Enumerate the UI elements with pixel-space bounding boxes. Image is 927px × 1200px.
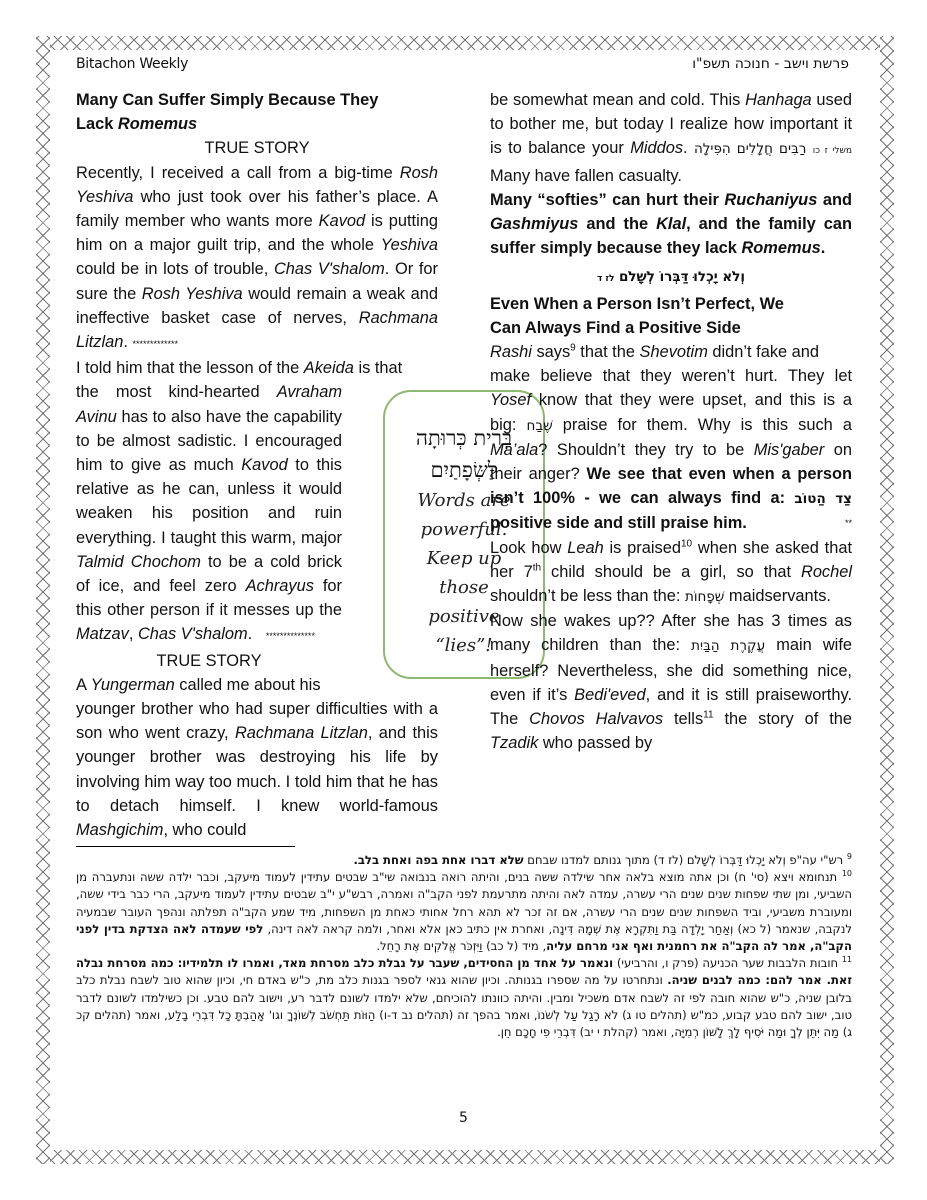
footnote-11: 11 חובות הלבבות שער הכניעה (פרק ו, והרבי… — [76, 955, 852, 1041]
italic-term: Middos — [630, 139, 683, 157]
paragraph-wrapped: make believe that they weren’t hurt. The… — [490, 364, 852, 535]
footnote-ref: 10 — [681, 538, 692, 549]
italic-term: Talmid Chochom — [76, 553, 201, 571]
text: says — [532, 343, 570, 361]
text: and the — [578, 215, 656, 233]
text: be somewhat mean and cold. This — [490, 91, 745, 109]
hebrew-verse: וְלֹא יָכְלוּ דַּבְּרוֹ לְשָׁלֹם — [619, 269, 745, 285]
italic-term: Chas V'shalom — [138, 625, 248, 643]
decorative-border-top — [36, 36, 894, 50]
paragraph-wrapped: A Yungerman called me about his — [76, 673, 342, 697]
decorative-border-left — [36, 36, 50, 1164]
text: maidservants. — [724, 587, 831, 605]
italic-term: Mashgichim — [76, 821, 163, 839]
verse-heading: וְלֹא יָכְלוּ דַּבְּרוֹ לְשָׁלֹם לז ד — [490, 264, 852, 291]
italic-term: Rachmana Litzlan — [235, 724, 368, 742]
text: that the — [576, 343, 640, 361]
decorative-border-right — [880, 36, 894, 1164]
footnote-10: 10 תנחומא ויצא (סי' ח) וכן אתה מוצא בלאה… — [76, 869, 852, 955]
footnote-ref: th — [533, 562, 541, 573]
footnote-separator — [76, 846, 295, 847]
italic-term: Shevotim — [640, 343, 708, 361]
paragraph: be somewhat mean and cold. This Hanhaga … — [490, 88, 852, 188]
italic-term: Hanhaga — [745, 91, 812, 109]
true-story-label: TRUE STORY — [76, 136, 438, 160]
text: the most kind-hearted — [76, 383, 277, 401]
separator-stars: ************* — [133, 339, 179, 349]
italic-term: Bedi'eved — [574, 686, 645, 704]
italic-term: Kavod — [319, 212, 365, 230]
italic-term: Klal — [656, 215, 686, 233]
parsha-title: פרשת וישב - חנוכה תשפ"ו — [692, 56, 849, 72]
text: is that — [354, 359, 402, 377]
heading-line: Many Can Suffer Simply Because They — [76, 91, 378, 109]
italic-term: Rosh Yeshiva — [142, 285, 243, 303]
text: , who could — [163, 821, 246, 839]
verse-source: משלי ז כו — [813, 146, 852, 156]
article-heading-2: Even When a Person Isn’t Perfect, We Can… — [490, 292, 852, 340]
paragraph: younger brother who had super difficulti… — [76, 697, 438, 842]
separator-stars: ** — [845, 511, 852, 535]
bold-text: positive side and still praise him. — [490, 514, 747, 532]
text: . — [821, 239, 826, 257]
heading-line: Even When a Person Isn’t Perfect, We — [490, 295, 784, 313]
text: ? Shouldn’t they try to be — [538, 441, 753, 459]
text: didn’t fake and — [708, 343, 819, 361]
right-column: be somewhat mean and cold. This Hanhaga … — [490, 88, 852, 755]
hebrew-verse: רַבִּים חֲלָלִים הִפִּילָה — [694, 141, 806, 157]
text: Many “softies” can hurt their — [490, 191, 724, 209]
text: child should be a girl, so that — [541, 563, 801, 581]
paragraph: Now she wakes up?? After she has 3 times… — [490, 609, 852, 755]
italic-term: Akeida — [304, 359, 354, 377]
text: Look how — [490, 539, 567, 557]
quote-line: those — [439, 577, 489, 598]
hebrew-term: עֲקֶרֶת הַבַּיִת — [691, 638, 765, 654]
text: called me about his — [175, 676, 321, 694]
verse-source: לז ד — [597, 274, 614, 284]
italic-term: Achrayus — [246, 577, 314, 595]
italic-term: Yosef — [490, 391, 531, 409]
text: praise for them. Why is this such a — [553, 416, 852, 434]
footnote-number: 10 — [842, 869, 852, 878]
text: tells — [663, 710, 703, 728]
text: Recently, I received a call from a big-t… — [76, 164, 400, 182]
text: . — [123, 333, 132, 351]
text: . — [683, 139, 694, 157]
paragraph-wrapped: Look how Leah is praised10 when she aske… — [490, 536, 852, 610]
text: the story of the — [714, 710, 852, 728]
italic-term: Leah — [567, 539, 603, 557]
footnote-number: 11 — [842, 955, 852, 964]
heading-italic: Romemus — [118, 115, 197, 133]
italic-term: Yeshiva — [381, 236, 438, 254]
page-number: 5 — [0, 1110, 927, 1126]
text: Many have fallen casualty. — [490, 167, 682, 185]
italic-term: Kavod — [241, 456, 287, 474]
text: could be in lots of trouble, — [76, 260, 274, 278]
italic-term: Tzadik — [490, 734, 538, 752]
publication-title: Bitachon Weekly — [76, 56, 188, 72]
hebrew-term: שֶׁבַח — [527, 418, 553, 434]
text: and — [817, 191, 852, 209]
heading-line: Can Always Find a Positive Side — [490, 319, 741, 337]
article-heading-1: Many Can Suffer Simply Because They Lack… — [76, 88, 438, 136]
quote-line: positive — [428, 606, 499, 627]
separator-stars: ************** — [266, 631, 315, 641]
true-story-label: TRUE STORY — [76, 649, 342, 673]
paragraph-bold: Many “softies” can hurt their Ruchaniyus… — [490, 188, 852, 261]
quote-hebrew-line: לַשְּׂפָתַיִם — [430, 458, 497, 482]
italic-term: Yungerman — [91, 676, 175, 694]
italic-term: Chovos Halvavos — [529, 710, 663, 728]
italic-term: Mis'gaber — [754, 441, 825, 459]
italic-term: Ruchaniyus — [724, 191, 817, 209]
text: shouldn’t be less than the: — [490, 587, 685, 605]
footnotes: 9 רש"י עה"פ וְלֹא יָכְלוּ דַּבְּרוֹ לְשָ… — [76, 852, 852, 1041]
italic-term: Rashi — [490, 343, 532, 361]
footnote-ref: 11 — [703, 710, 713, 721]
hebrew-term: שְׁפָחוֹת — [685, 589, 724, 605]
italic-term: Chas V'shalom — [274, 260, 385, 278]
paragraph: I told him that the lesson of the Akeida… — [76, 356, 438, 380]
paragraph-wrapped: the most kind-hearted Avraham Avinu has … — [76, 380, 342, 648]
bold-text: שלא דברו אחת בפה ואחת בלב. — [353, 853, 523, 867]
decorative-border-bottom — [36, 1150, 894, 1164]
heading-line: Lack — [76, 115, 118, 133]
text: is praised — [604, 539, 681, 557]
quote-line: “lies”! — [435, 635, 492, 656]
footnote-9: 9 רש"י עה"פ וְלֹא יָכְלוּ דַּבְּרוֹ לְשָ… — [76, 852, 852, 869]
hebrew-term: צַד הַטוֹב — [794, 491, 852, 507]
paragraph: Rashi says9 that the Shevotim didn’t fak… — [490, 340, 852, 364]
text: חובות הלבבות שער הכניעה (פרק ו, והרביעי) — [613, 956, 838, 970]
italic-term: Matzav — [76, 625, 129, 643]
italic-term: Gashmiyus — [490, 215, 578, 233]
text: make believe that they weren’t hurt. The… — [490, 367, 852, 385]
footnote-number: 9 — [847, 852, 852, 861]
text: who passed by — [538, 734, 652, 752]
text: רש"י עה"פ וְלֹא יָכְלוּ דַּבְּרוֹ לְשָׁל… — [524, 853, 844, 867]
text: , מיד (ל כב) וַיִּזְכֹּר אֱלֹקִים אֶת רָ… — [376, 939, 546, 953]
text: I told him that the lesson of the — [76, 359, 304, 377]
italic-term: Romemus — [741, 239, 820, 257]
italic-term: Rochel — [801, 563, 852, 581]
text: , — [129, 625, 138, 643]
paragraph: Recently, I received a call from a big-t… — [76, 161, 438, 357]
text: A — [76, 676, 91, 694]
italic-term: Ma’ala — [490, 441, 538, 459]
text: . — [248, 625, 253, 643]
